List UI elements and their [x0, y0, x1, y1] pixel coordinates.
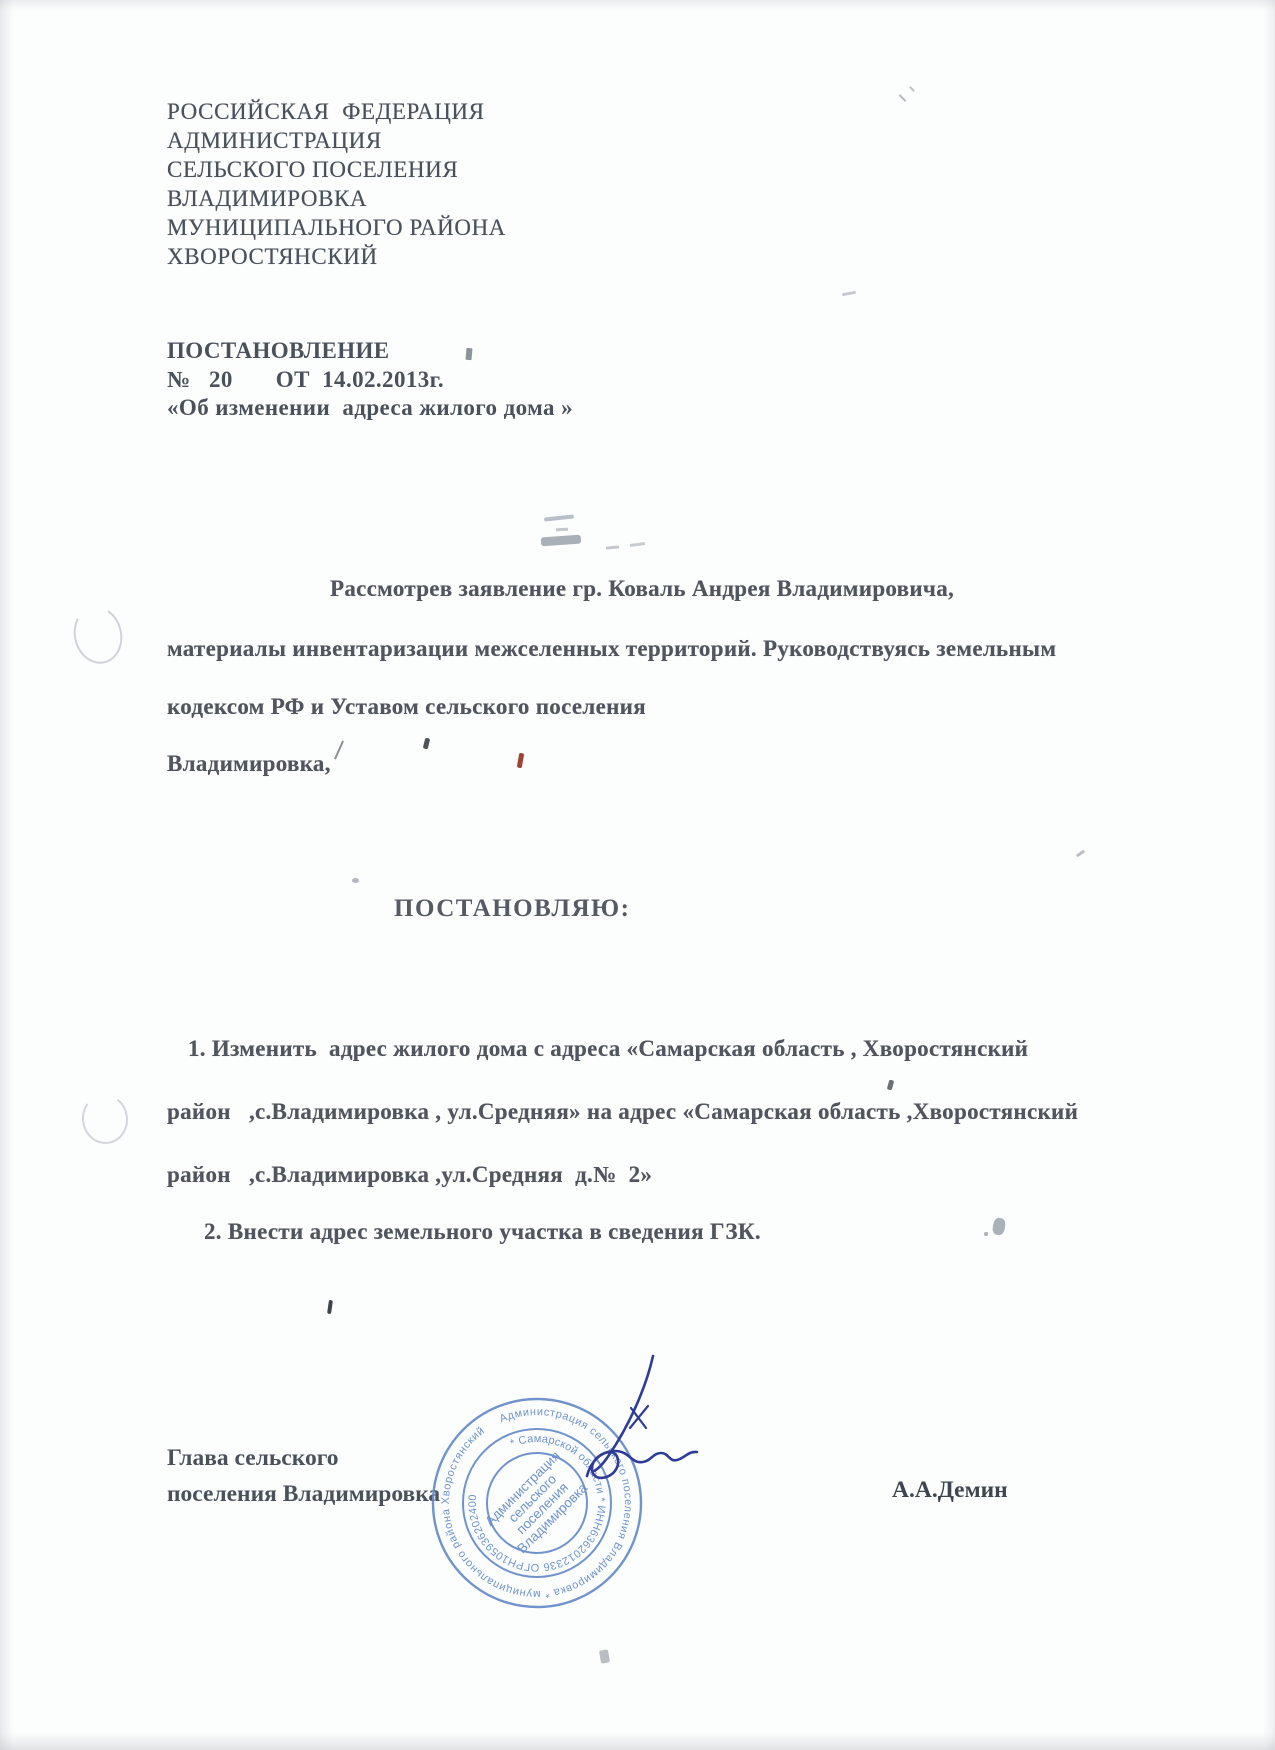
item2-line: 2. Внести адрес земельного участка в све… — [204, 1219, 761, 1245]
stray-mark — [599, 1649, 610, 1663]
stray-mark — [887, 1080, 894, 1091]
signer-role-line: Глава сельского — [167, 1441, 440, 1477]
decree-number-date: № 20 ОТ 14.02.2013г. — [167, 366, 573, 395]
stray-mark — [327, 1300, 333, 1314]
scan-smudge — [544, 514, 574, 521]
resolution-heading: ПОСТАНОВЛЯЮ: — [394, 895, 631, 923]
letterhead-line: ХВОРОСТЯНСКИЙ — [167, 242, 506, 271]
stray-mark — [909, 86, 915, 92]
preamble-line: Владимировка, — [167, 751, 331, 777]
letterhead: РОССИЙСКАЯ ФЕДЕРАЦИЯ АДМИНИСТРАЦИЯ СЕЛЬС… — [167, 97, 506, 271]
scan-artifact-curve — [79, 1091, 132, 1147]
stray-mark — [423, 738, 431, 750]
item1-line: район ,с.Владимировка ,ул.Средняя д.№ 2» — [167, 1162, 652, 1188]
preamble-line: кодексом РФ и Уставом сельского поселени… — [167, 694, 646, 720]
letterhead-line: МУНИЦИПАЛЬНОГО РАЙОНА — [167, 213, 506, 242]
scan-artifact-curve — [68, 601, 129, 669]
red-pen-mark — [517, 753, 525, 769]
scan-smudge — [556, 528, 568, 532]
item1-line: район ,с.Владимировка , ул.Средняя» на а… — [167, 1099, 1078, 1125]
item1-line: 1. Изменить адрес жилого дома с адреса «… — [188, 1036, 1028, 1062]
stray-mark — [984, 1232, 988, 1236]
stray-mark — [465, 348, 472, 360]
decree-title: ПОСТАНОВЛЕНИЕ — [167, 337, 573, 366]
letterhead-line: АДМИНИСТРАЦИЯ — [167, 126, 506, 155]
signer-role: Глава сельского поселения Владимировка — [167, 1441, 440, 1512]
decree-title-block: ПОСТАНОВЛЕНИЕ № 20 ОТ 14.02.2013г. «Об и… — [167, 337, 573, 423]
document-page: РОССИЙСКАЯ ФЕДЕРАЦИЯ АДМИНИСТРАЦИЯ СЕЛЬС… — [0, 0, 1275, 1750]
letterhead-line: РОССИЙСКАЯ ФЕДЕРАЦИЯ — [167, 97, 506, 126]
stray-mark — [334, 740, 344, 759]
letterhead-line: СЕЛЬСКОГО ПОСЕЛЕНИЯ — [167, 155, 506, 184]
preamble-line: материалы инвентаризации межселенных тер… — [167, 636, 1056, 662]
scan-smudge — [541, 535, 582, 547]
scan-smudge — [630, 542, 645, 547]
stray-mark — [352, 878, 359, 883]
preamble-line: Рассмотрев заявление гр. Коваль Андрея В… — [330, 576, 954, 602]
scan-smudge — [606, 545, 619, 549]
stray-mark — [899, 94, 907, 102]
stray-mark — [1076, 850, 1085, 858]
stray-mark — [842, 291, 856, 296]
signer-name: А.А.Демин — [892, 1477, 1008, 1504]
handwritten-signature — [535, 1348, 745, 1498]
signer-role-line: поселения Владимировка — [167, 1477, 440, 1513]
signature-cross — [630, 1406, 648, 1428]
stray-mark — [992, 1217, 1007, 1236]
letterhead-line: ВЛАДИМИРОВКА — [167, 184, 506, 213]
decree-subject: «Об изменении адреса жилого дома » — [167, 394, 573, 423]
